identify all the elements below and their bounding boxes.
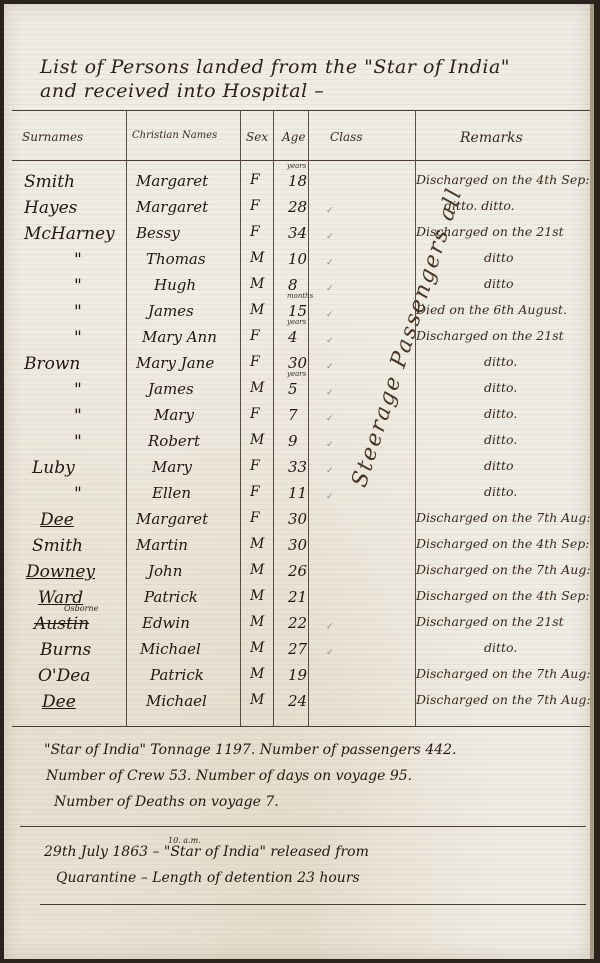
christian-name: John [148,562,182,580]
table-row: Dee Michael M 24 Discharged on the 7th A… [4,692,590,718]
check-mark-icon: ✓ [326,388,334,398]
header-bottom-rule [12,160,590,161]
remark: ditto. [484,640,517,655]
table-row: Burns Michael M 27 ✓ ditto. [4,640,590,666]
table-row: " Mary Ann F years 4 ✓ Discharged on the… [4,328,590,354]
christian-name: James [148,302,194,320]
christian-name: Bessy [136,224,180,242]
remark: Discharged on the 21st [416,328,564,343]
sex: M [250,666,264,682]
surname: Brown [24,354,80,374]
check-mark-icon: ✓ [326,258,334,268]
document-title-line-1: List of Persons landed from the "Star of… [40,56,510,78]
surname-ditto: " [74,406,82,426]
surname-ditto: " [74,302,82,322]
check-mark-icon: ✓ [326,492,334,502]
remark: Discharged on the 4th Sep: [416,588,589,603]
sex: M [250,640,264,656]
sex: M [250,250,264,266]
sex: F [250,224,260,240]
age: 7 [288,406,298,424]
remark: Discharged on the 4th Sep: [416,172,589,187]
remark: Discharged on the 7th Aug: [416,666,591,681]
check-mark-icon: ✓ [326,310,334,320]
christian-name: Edwin [142,614,190,632]
sex: M [250,432,264,448]
check-mark-icon: ✓ [326,232,334,242]
sex: M [250,276,264,292]
age: 9 [288,432,298,450]
page-bottom-rule [40,904,586,905]
sex: M [250,302,264,318]
remark: ditto. [484,432,517,447]
surname: McHarney [24,224,115,244]
remark: ditto. [484,406,517,421]
remark: Discharged on the 21st [416,614,564,629]
check-mark-icon: ✓ [326,648,334,658]
sex: M [250,588,264,604]
check-mark-icon: ✓ [326,284,334,294]
surname-ditto: " [74,484,82,504]
remark: ditto. [484,484,517,499]
surname-ditto: " [74,250,82,270]
christian-name: Ellen [152,484,191,502]
check-mark-icon: ✓ [326,466,334,476]
table-row: " Ellen F 11 ✓ ditto. [4,484,590,510]
sex: M [250,380,264,396]
table-row: " Robert M 9 ✓ ditto. [4,432,590,458]
table-row: " James M years 5 ✓ ditto. [4,380,590,406]
age: 18 [288,172,307,190]
surname-struck: Austin [34,614,89,634]
surname-ditto: " [74,432,82,452]
table-row: O'Dea Patrick M 19 Discharged on the 7th… [4,666,590,692]
surname: Burns [40,640,91,660]
check-mark-icon: ✓ [326,440,334,450]
remark: Discharged on the 7th Aug: [416,692,591,707]
sex: M [250,692,264,708]
surname: Hayes [24,198,77,218]
voyage-note-line-1: "Star of India" Tonnage 1197. Number of … [44,742,456,758]
remark: Died on the 6th August. [416,302,567,317]
christian-name: Patrick [150,666,204,684]
remark: ditto [484,276,514,291]
age: 34 [288,224,307,242]
table-bottom-rule [12,726,590,727]
document-title-line-2: and received into Hospital – [40,80,324,102]
sex: F [250,354,260,370]
remark: Discharged on the 4th Sep: [416,536,589,551]
remark: ditto [484,458,514,473]
voyage-note-line-3: Number of Deaths on voyage 7. [54,794,279,810]
table-row: McHarney Bessy F 34 ✓ Discharged on the … [4,224,590,250]
age: 30 [288,510,307,528]
release-note-line-2: Quarantine – Length of detention 23 hour… [56,870,360,886]
christian-name: Margaret [136,510,208,528]
christian-name: Hugh [154,276,196,294]
remark: ditto. [484,380,517,395]
remark: Discharged on the 7th Aug: [416,510,591,525]
surname: Smith [24,172,75,192]
christian-name: Patrick [144,588,198,606]
sex: F [250,198,260,214]
age: 22 [288,614,307,632]
check-mark-icon: ✓ [326,336,334,346]
header-surnames: Surnames [22,130,83,144]
age: 26 [288,562,307,580]
table-row: Dee Margaret F 30 Discharged on the 7th … [4,510,590,536]
sex: M [250,536,264,552]
christian-name: Mary [152,458,192,476]
christian-name: Mary Ann [142,328,217,346]
christian-name: Michael [146,692,207,710]
age: 24 [288,692,307,710]
christian-name: Mary [154,406,194,424]
age: 33 [288,458,307,476]
table-row: Luby Mary F 33 ✓ ditto [4,458,590,484]
surname-ditto: " [74,328,82,348]
age: 27 [288,640,307,658]
age: 28 [288,198,307,216]
surname: O'Dea [38,666,90,686]
age: 10 [288,250,307,268]
christian-name: Thomas [146,250,206,268]
header-sex: Sex [246,130,268,144]
surname-ditto: " [74,276,82,296]
christian-name: Mary Jane [136,354,214,372]
sex: M [250,562,264,578]
table-row: " Thomas M 10 ✓ ditto [4,250,590,276]
surname: Luby [32,458,75,478]
check-mark-icon: ✓ [326,414,334,424]
sex: F [250,458,260,474]
notes-separator-rule [20,826,586,827]
surname-correction: Osborne [64,604,98,613]
remark: Discharged on the 7th Aug: [416,562,591,577]
surname: Smith [32,536,83,556]
header-remarks: Remarks [460,130,523,146]
age-unit: years [287,162,306,170]
christian-name: James [148,380,194,398]
table-row: Hayes Margaret F 28 ✓ ditto. ditto. [4,198,590,224]
age-unit: years [287,318,306,326]
christian-name: Michael [140,640,201,658]
remark: ditto. [484,354,517,369]
table-row: Downey John M 26 Discharged on the 7th A… [4,562,590,588]
surname: Downey [26,562,95,582]
release-note-line-1: 29th July 1863 – "Star of India" release… [44,844,369,860]
surname: Dee [42,692,76,712]
table-row: Smith Martin M 30 Discharged on the 4th … [4,536,590,562]
sex: F [250,172,260,188]
age-unit: years [287,370,306,378]
sex: M [250,614,264,630]
table-row: Smith Margaret F years 18 Discharged on … [4,172,590,198]
sex: F [250,328,260,344]
check-mark-icon: ✓ [326,622,334,632]
christian-name: Robert [148,432,200,450]
header-age: Age [282,130,305,144]
age: 11 [288,484,307,502]
table-row: Osborne Austin Edwin M 22 ✓ Discharged o… [4,614,590,640]
christian-name: Margaret [136,198,208,216]
age: 19 [288,666,307,684]
header-class: Class [330,130,363,144]
age: 5 [288,380,298,398]
table-top-rule [12,110,590,111]
sex: F [250,406,260,422]
age-unit: months [287,292,313,300]
age: 21 [288,588,307,606]
header-christian-names: Christian Names [132,130,217,141]
sex: F [250,510,260,526]
age: 4 [288,328,298,346]
sex: F [250,484,260,500]
voyage-note-line-2: Number of Crew 53. Number of days on voy… [46,768,412,784]
check-mark-icon: ✓ [326,362,334,372]
age: 30 [288,536,307,554]
ledger-page: List of Persons landed from the "Star of… [4,4,594,959]
surname-ditto: " [74,380,82,400]
remark: ditto [484,250,514,265]
christian-name: Martin [136,536,188,554]
table-row: " Mary F 7 ✓ ditto. [4,406,590,432]
christian-name: Margaret [136,172,208,190]
surname: Dee [40,510,74,530]
check-mark-icon: ✓ [326,206,334,216]
